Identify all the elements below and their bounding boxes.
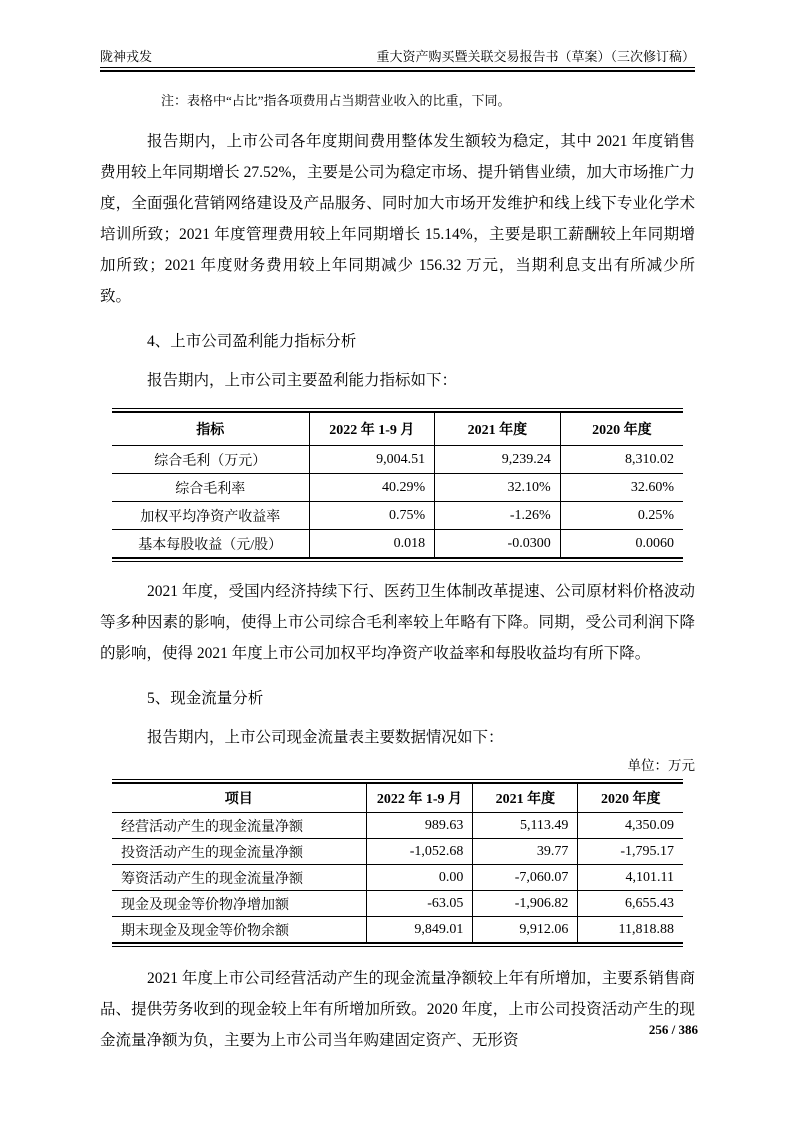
profitability-table-wrap: 指标 2022 年 1-9 月 2021 年度 2020 年度 综合毛利（万元）… xyxy=(112,408,683,562)
value-cell: 40.29% xyxy=(309,474,435,502)
header-cell-indicator: 指标 xyxy=(112,412,309,446)
table-row: 综合毛利（万元）9,004.519,239.248,310.02 xyxy=(112,446,683,474)
value-cell: 0.0060 xyxy=(560,530,683,559)
row-label-cell: 期末现金及现金等价物余额 xyxy=(112,917,366,944)
header-cell-2021: 2021 年度 xyxy=(435,412,561,446)
unit-label: 单位：万元 xyxy=(100,757,695,775)
table-row: 综合毛利率40.29%32.10%32.60% xyxy=(112,474,683,502)
value-cell: 32.60% xyxy=(560,474,683,502)
value-cell: 4,101.11 xyxy=(578,865,683,891)
row-label-cell: 筹资活动产生的现金流量净额 xyxy=(112,865,366,891)
table-row: 期末现金及现金等价物余额9,849.019,912.0611,818.88 xyxy=(112,917,683,944)
value-cell: 11,818.88 xyxy=(578,917,683,944)
value-cell: 0.75% xyxy=(309,502,435,530)
header-cell-2022: 2022 年 1-9 月 xyxy=(366,783,473,813)
value-cell: 0.00 xyxy=(366,865,473,891)
header-cell-2022: 2022 年 1-9 月 xyxy=(309,412,435,446)
table-row: 投资活动产生的现金流量净额-1,052.6839.77-1,795.17 xyxy=(112,839,683,865)
row-label-cell: 经营活动产生的现金流量净额 xyxy=(112,813,366,839)
row-label-cell: 加权平均净资产收益率 xyxy=(112,502,309,530)
header-cell-2021: 2021 年度 xyxy=(473,783,578,813)
value-cell: 9,239.24 xyxy=(435,446,561,474)
page-header: 陇神戎发 重大资产购买暨关联交易报告书（草案）（三次修订稿） xyxy=(100,48,695,68)
table-row: 经营活动产生的现金流量净额989.635,113.494,350.09 xyxy=(112,813,683,839)
value-cell: -0.0300 xyxy=(435,530,561,559)
cashflow-table: 项目 2022 年 1-9 月 2021 年度 2020 年度 经营活动产生的现… xyxy=(112,782,683,944)
table-row: 基本每股收益（元/股）0.018-0.03000.0060 xyxy=(112,530,683,559)
row-label-cell: 综合毛利（万元） xyxy=(112,446,309,474)
value-cell: 9,004.51 xyxy=(309,446,435,474)
value-cell: 9,849.01 xyxy=(366,917,473,944)
value-cell: 5,113.49 xyxy=(473,813,578,839)
paragraph-cashflow-analysis: 2021 年度上市公司经营活动产生的现金流量净额较上年有所增加，主要系销售商品、… xyxy=(100,963,695,1056)
document-page: 陇神戎发 重大资产购买暨关联交易报告书（草案）（三次修订稿） 注：表格中“占比”… xyxy=(0,0,793,1122)
header-cell-item: 项目 xyxy=(112,783,366,813)
table-row: 加权平均净资产收益率0.75%-1.26%0.25% xyxy=(112,502,683,530)
value-cell: -7,060.07 xyxy=(473,865,578,891)
value-cell: -63.05 xyxy=(366,891,473,917)
header-cell-2020: 2020 年度 xyxy=(560,412,683,446)
header-cell-2020: 2020 年度 xyxy=(578,783,683,813)
table-header-row: 项目 2022 年 1-9 月 2021 年度 2020 年度 xyxy=(112,783,683,813)
value-cell: 9,912.06 xyxy=(473,917,578,944)
section-5-heading: 5、现金流量分析 xyxy=(100,683,695,714)
value-cell: 6,655.43 xyxy=(578,891,683,917)
value-cell: 0.25% xyxy=(560,502,683,530)
row-label-cell: 现金及现金等价物净增加额 xyxy=(112,891,366,917)
section-4-intro: 报告期内，上市公司主要盈利能力指标如下： xyxy=(100,365,695,396)
profitability-table: 指标 2022 年 1-9 月 2021 年度 2020 年度 综合毛利（万元）… xyxy=(112,411,683,559)
value-cell: 989.63 xyxy=(366,813,473,839)
table-row: 现金及现金等价物净增加额-63.05-1,906.826,655.43 xyxy=(112,891,683,917)
value-cell: -1,795.17 xyxy=(578,839,683,865)
value-cell: -1,906.82 xyxy=(473,891,578,917)
page-content: 陇神戎发 重大资产购买暨关联交易报告书（草案）（三次修订稿） 注：表格中“占比”… xyxy=(0,0,793,1056)
value-cell: 39.77 xyxy=(473,839,578,865)
doc-title: 重大资产购买暨关联交易报告书（草案）（三次修订稿） xyxy=(376,48,695,65)
value-cell: 32.10% xyxy=(435,474,561,502)
value-cell: 8,310.02 xyxy=(560,446,683,474)
table-note: 注：表格中“占比”指各项费用占当期营业收入的比重，下同。 xyxy=(100,92,695,110)
page-number: 256 / 386 xyxy=(649,1022,698,1038)
header-rule xyxy=(100,70,695,72)
row-label-cell: 投资活动产生的现金流量净额 xyxy=(112,839,366,865)
row-label-cell: 基本每股收益（元/股） xyxy=(112,530,309,559)
cashflow-table-wrap: 项目 2022 年 1-9 月 2021 年度 2020 年度 经营活动产生的现… xyxy=(112,779,683,947)
section-4-heading: 4、上市公司盈利能力指标分析 xyxy=(100,326,695,357)
value-cell: -1,052.68 xyxy=(366,839,473,865)
paragraph-margin-analysis: 2021 年度，受国内经济持续下行、医药卫生体制改革提速、公司原材料价格波动等多… xyxy=(100,576,695,669)
paragraph-expense-analysis: 报告期内，上市公司各年度期间费用整体发生额较为稳定，其中 2021 年度销售费用… xyxy=(100,126,695,312)
table-header-row: 指标 2022 年 1-9 月 2021 年度 2020 年度 xyxy=(112,412,683,446)
table-row: 筹资活动产生的现金流量净额0.00-7,060.074,101.11 xyxy=(112,865,683,891)
section-5-intro: 报告期内，上市公司现金流量表主要数据情况如下： xyxy=(100,722,695,753)
value-cell: -1.26% xyxy=(435,502,561,530)
value-cell: 0.018 xyxy=(309,530,435,559)
value-cell: 4,350.09 xyxy=(578,813,683,839)
company-name: 陇神戎发 xyxy=(100,48,152,65)
row-label-cell: 综合毛利率 xyxy=(112,474,309,502)
